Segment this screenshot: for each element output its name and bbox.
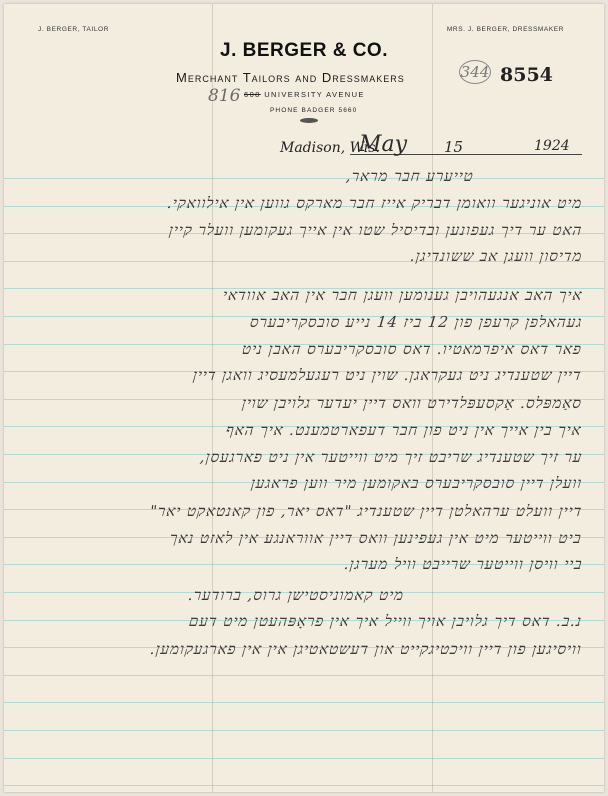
dateline-year: 1924	[534, 138, 570, 154]
ruled-line	[4, 758, 604, 759]
handwritten-line: טייערע חבר מראר,	[345, 167, 475, 186]
handwritten-line: נ.ב. דאס דיך גלויבן אויך ווייל איך אין פ…	[188, 612, 583, 631]
struck-address-number: 608	[244, 90, 261, 99]
fold-crease-left	[212, 4, 213, 792]
handwritten-line: וועלן דיין סובסקריבערס באקומען מיר ווען …	[250, 474, 583, 493]
circled-annotation: 344	[459, 60, 491, 84]
ruled-line	[4, 675, 604, 676]
letterhead-left-tag: J. BERGER, TAILOR	[38, 26, 109, 33]
reference-number: 8554	[500, 64, 553, 86]
handwritten-line: וויסיגען פון דיין וויכטיגקייט און דעשטאט…	[149, 640, 583, 659]
printer-ornament-icon	[300, 118, 318, 123]
handwritten-line: מדיסון וועגן אב ששונדיגן.	[409, 247, 583, 266]
letterhead-right-tag: MRS. J. BERGER, DRESSMAKER	[447, 26, 564, 33]
handwritten-line: פאר דאס איפרמאטיו. דאס סובסקריבערס האבן …	[241, 340, 583, 359]
handwritten-line: סאַמפּלס. אַקסעפּלדירט וואס דיין יעדער ג…	[241, 394, 583, 413]
street-address: 608 UNIVERSITY AVENUE	[244, 90, 365, 99]
letter-page: J. BERGER, TAILOR MRS. J. BERGER, DRESSM…	[4, 4, 604, 792]
company-name: J. BERGER & CO.	[4, 40, 604, 62]
dateline-month: May	[359, 132, 407, 157]
handwritten-line: מיט קאמוניסטישן גרוס, ברודער.	[187, 586, 405, 605]
handwritten-line: ער זיך שטענדיג שריבט זיך מיט ווייטער אין…	[199, 448, 583, 467]
handwritten-line: איך האב אנגעהויבן גענומען וועגן חבר אין …	[222, 286, 583, 305]
company-subtitle: Merchant Tailors and Dressmakers	[176, 70, 405, 85]
handwritten-line: ביט ווייטער מיט אין געפינען וואס דיין או…	[169, 529, 583, 548]
ruled-line	[4, 785, 604, 786]
handwritten-address-number: 816	[208, 86, 240, 106]
handwritten-line: איך בין אייך אין ניט פון חבר דעפארטמענט.…	[225, 421, 583, 440]
handwritten-line: דיין וועלט ערהאלטן דיין שטענדיג "דאס יאר…	[149, 502, 583, 521]
ruled-line	[4, 730, 604, 731]
dateline-day: 15	[444, 138, 463, 156]
handwritten-line: ביי וויסן ווייטער שרייבט וויל מערגן.	[343, 555, 583, 574]
handwritten-line: האט ער דיך געפונען ובדיסיל שטו אין אייך …	[168, 221, 583, 240]
phone-number: PHONE BADGER 5660	[270, 107, 357, 114]
ruled-line	[4, 702, 604, 703]
street-name: UNIVERSITY AVENUE	[264, 90, 365, 99]
handwritten-line: מיט אוניגער וואומן דבריק אייז חבר מארקס …	[166, 194, 583, 213]
handwritten-line: געהאלפן קרעפן פון 12 ביז 14 נייע סובסקרי…	[249, 313, 583, 332]
handwritten-line: דיין שטענדיג ניט געקראגן. שוין ניט רעגעל…	[192, 366, 583, 385]
ruled-line	[4, 178, 604, 179]
